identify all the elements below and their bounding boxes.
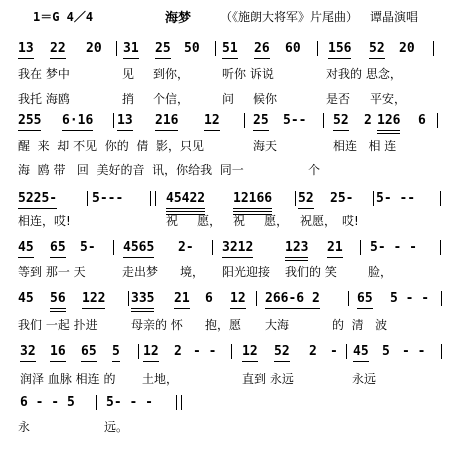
song-source: （《施朗大将军》片尾曲） — [220, 8, 358, 25]
note-group: 5-- — [283, 113, 306, 129]
duration-underline — [123, 257, 154, 258]
note-group: 60 — [285, 41, 301, 57]
lyric-text: 境， — [180, 265, 204, 279]
barline — [116, 41, 117, 56]
duration-underline — [353, 361, 369, 362]
lyric-text: 是否 — [326, 92, 350, 106]
note-group: 6·16 — [62, 113, 93, 129]
duration-underline — [112, 361, 120, 362]
barline — [231, 344, 232, 359]
lyric-text: 抱，愿 — [205, 318, 241, 332]
lyric-text: 润泽 血脉 相连 的 — [20, 372, 115, 386]
barline — [150, 191, 151, 206]
lyric-text: 见 — [122, 67, 134, 81]
duration-underline — [369, 58, 385, 59]
lyric-text: 个 — [308, 163, 320, 177]
barline — [138, 344, 139, 359]
note-group: 45 — [353, 344, 369, 360]
barline — [373, 191, 374, 206]
note-group: 5- -- — [376, 191, 415, 207]
duration-underline — [222, 58, 238, 59]
barline — [440, 191, 441, 206]
lyric-text: 远。 — [104, 420, 128, 434]
notation-system: 1322203125505126601565220 — [0, 41, 470, 63]
barline — [441, 344, 442, 359]
note-group: 266-6 2 — [265, 291, 320, 307]
lyric-text: 母亲的 怀 — [131, 318, 183, 332]
note-group: 123 — [285, 240, 308, 256]
lyric-text: 阳光迎接 — [222, 265, 270, 279]
notation-system: 2556·161321612255--5221266 — [0, 113, 470, 135]
duration-underline — [123, 58, 139, 59]
barline — [348, 291, 349, 306]
note-group: 13 — [117, 113, 133, 129]
notation-system: 3216655122- -12522-455- - — [0, 344, 470, 366]
note-group: 122 — [82, 291, 105, 307]
note-group: 5--- — [92, 191, 123, 207]
note-group: 52 — [369, 41, 385, 57]
duration-underline — [50, 58, 66, 59]
lyric-text: 个信， — [153, 92, 189, 106]
note-group: 12 — [204, 113, 220, 129]
note-group: 26 — [254, 41, 270, 57]
note-group: 56 — [50, 291, 66, 307]
barline — [360, 240, 361, 255]
note-group: 6 - - 5 — [20, 395, 75, 411]
lyric-text: 我们的 笑 — [285, 265, 337, 279]
barline — [155, 191, 156, 206]
duration-underline — [50, 361, 66, 362]
notation-system: 6 - - 55- - - — [0, 395, 470, 417]
lyric-text: 大海 — [265, 318, 289, 332]
duration-underline — [18, 58, 34, 59]
note-group: 31 — [123, 41, 139, 57]
lyric-text: 问 — [222, 92, 234, 106]
duration-underline — [233, 211, 272, 212]
note-group: 21 — [174, 291, 190, 307]
duration-underline — [242, 361, 258, 362]
note-group: 25 — [155, 41, 171, 57]
notation-system: 45655-45652-3212123215- - - — [0, 240, 470, 262]
lyric-text: 永 — [18, 420, 30, 434]
note-group: 25 — [253, 113, 269, 129]
lyric-text: 相连，哎! — [18, 214, 71, 228]
note-group: 4565 — [123, 240, 154, 256]
duration-underline — [143, 361, 159, 362]
singer-credit: 谭晶演唱 — [370, 8, 418, 25]
note-group: 45 — [18, 240, 34, 256]
duration-underline — [131, 311, 154, 312]
note-group: 12 — [242, 344, 258, 360]
note-group: 5225- — [18, 191, 57, 207]
lyric-text: 平安， — [370, 92, 406, 106]
note-group: - — [330, 344, 338, 360]
note-group: 2 — [174, 344, 182, 360]
note-group: 5 — [112, 344, 120, 360]
note-group: 13 — [18, 41, 34, 57]
lyric-text: 的 清 波 — [332, 318, 387, 332]
duration-underline — [174, 308, 190, 309]
duration-underline — [230, 308, 246, 309]
lyric-text: 永远 — [352, 372, 376, 386]
barline — [317, 41, 318, 56]
lyric-text: 走出梦 — [122, 265, 158, 279]
barline — [181, 395, 182, 410]
barline — [323, 113, 324, 128]
duration-underline — [327, 257, 343, 258]
note-group: - - — [193, 344, 216, 360]
notation-system: 5225-5---45422121665225-5- -- — [0, 191, 470, 213]
barline — [96, 395, 97, 410]
lyric-text: 醒 来 却 不见 你的 倩 影，只见 — [18, 139, 204, 153]
duration-underline — [81, 361, 97, 362]
note-group: 45 — [18, 291, 34, 307]
barline — [433, 41, 434, 56]
lyric-text: 脸， — [368, 265, 392, 279]
barline — [441, 291, 442, 306]
lyric-text: 祝 愿， — [166, 214, 221, 228]
duration-underline — [377, 133, 400, 134]
note-group: 2 — [309, 344, 317, 360]
duration-underline — [18, 130, 41, 131]
note-group: 12 — [143, 344, 159, 360]
lyric-text: 候你 — [253, 92, 277, 106]
note-group: 5- — [80, 240, 96, 256]
note-group: 65 — [81, 344, 97, 360]
notation-system: 455612233521612266-6 2655 - - — [0, 291, 470, 313]
note-group: 5 — [382, 344, 390, 360]
note-group: 50 — [184, 41, 200, 57]
note-group: 2 — [364, 113, 372, 129]
note-group: 6 — [205, 291, 213, 307]
song-title: 海梦 — [165, 7, 191, 26]
duration-underline — [333, 130, 349, 131]
note-group: 126 — [377, 113, 400, 129]
note-group: 156 — [328, 41, 351, 57]
duration-underline — [298, 208, 314, 209]
duration-underline — [82, 308, 105, 309]
lyric-text: 祝 愿， — [233, 214, 288, 228]
barline — [215, 41, 216, 56]
lyric-text: 相连 相 连 — [333, 139, 396, 153]
barline — [113, 240, 114, 255]
duration-underline — [117, 130, 133, 131]
duration-underline — [18, 208, 57, 209]
lyric-text: 直到 永远 — [242, 372, 294, 386]
note-group: 255 — [18, 113, 41, 129]
note-group: 6 — [418, 113, 426, 129]
lyric-text: 我托 海鸥 — [18, 92, 70, 106]
note-group: 25- — [330, 191, 353, 207]
note-group: 3212 — [222, 240, 253, 256]
note-group: 5- - - — [370, 240, 417, 256]
duration-underline — [285, 260, 308, 261]
duration-underline — [328, 58, 351, 59]
note-group: 20 — [399, 41, 415, 57]
barline — [113, 113, 114, 128]
duration-underline — [204, 130, 220, 131]
note-group: 12166 — [233, 191, 272, 207]
duration-underline — [50, 308, 66, 309]
note-group: 22 — [50, 41, 66, 57]
barline — [295, 191, 296, 206]
barline — [440, 240, 441, 255]
duration-underline — [233, 208, 272, 209]
duration-underline — [18, 257, 34, 258]
lyric-text: 土地， — [142, 372, 178, 386]
note-group: 20 — [86, 41, 102, 57]
lyric-text: 海天 — [253, 139, 277, 153]
duration-underline — [62, 130, 93, 131]
note-group: 5- - - — [106, 395, 153, 411]
note-group: 52 — [333, 113, 349, 129]
duration-underline — [357, 308, 373, 309]
note-group: 5 - - — [390, 291, 429, 307]
barline — [212, 240, 213, 255]
duration-underline — [131, 308, 154, 309]
note-group: 51 — [222, 41, 238, 57]
barline — [256, 291, 257, 306]
note-group: 2- — [178, 240, 194, 256]
lyric-text: 祝愿， — [300, 214, 336, 228]
note-group: 32 — [20, 344, 36, 360]
note-group: 45422 — [166, 191, 205, 207]
note-group: 52 — [274, 344, 290, 360]
duration-underline — [166, 208, 205, 209]
barline — [176, 395, 177, 410]
note-group: 12 — [230, 291, 246, 307]
lyric-text: 对我的 思念， — [326, 67, 402, 81]
note-group: 16 — [50, 344, 66, 360]
lyric-text: 哎! — [342, 214, 359, 228]
lyric-text: 等到 那一 天 — [18, 265, 86, 279]
lyric-text: 听你 诉说 — [222, 67, 274, 81]
note-group: 65 — [357, 291, 373, 307]
duration-underline — [377, 130, 400, 131]
duration-underline — [50, 257, 66, 258]
note-group: - - — [402, 344, 425, 360]
duration-underline — [265, 308, 320, 309]
duration-underline — [50, 311, 66, 312]
key-signature: 1＝G 4／4 — [33, 8, 93, 25]
barline — [128, 291, 129, 306]
note-group: 216 — [155, 113, 178, 129]
duration-underline — [166, 211, 205, 212]
lyric-text: 我们 一起 扑进 — [18, 318, 98, 332]
lyric-text: 海 鸥 带 回 美好的音 讯，你给我 同一 — [18, 163, 244, 177]
barline — [244, 113, 245, 128]
note-group: 52 — [298, 191, 314, 207]
barline — [87, 191, 88, 206]
note-group: 21 — [327, 240, 343, 256]
note-group: 65 — [50, 240, 66, 256]
duration-underline — [274, 361, 290, 362]
lyric-text: 捎 — [122, 92, 134, 106]
duration-underline — [285, 257, 308, 258]
barline — [346, 344, 347, 359]
barline — [437, 113, 438, 128]
duration-underline — [254, 58, 270, 59]
lyric-text: 到你， — [153, 67, 189, 81]
duration-underline — [155, 130, 178, 131]
lyric-text: 我在 梦中 — [18, 67, 70, 81]
duration-underline — [155, 58, 171, 59]
duration-underline — [253, 130, 269, 131]
note-group: 335 — [131, 291, 154, 307]
duration-underline — [222, 257, 253, 258]
duration-underline — [20, 361, 36, 362]
